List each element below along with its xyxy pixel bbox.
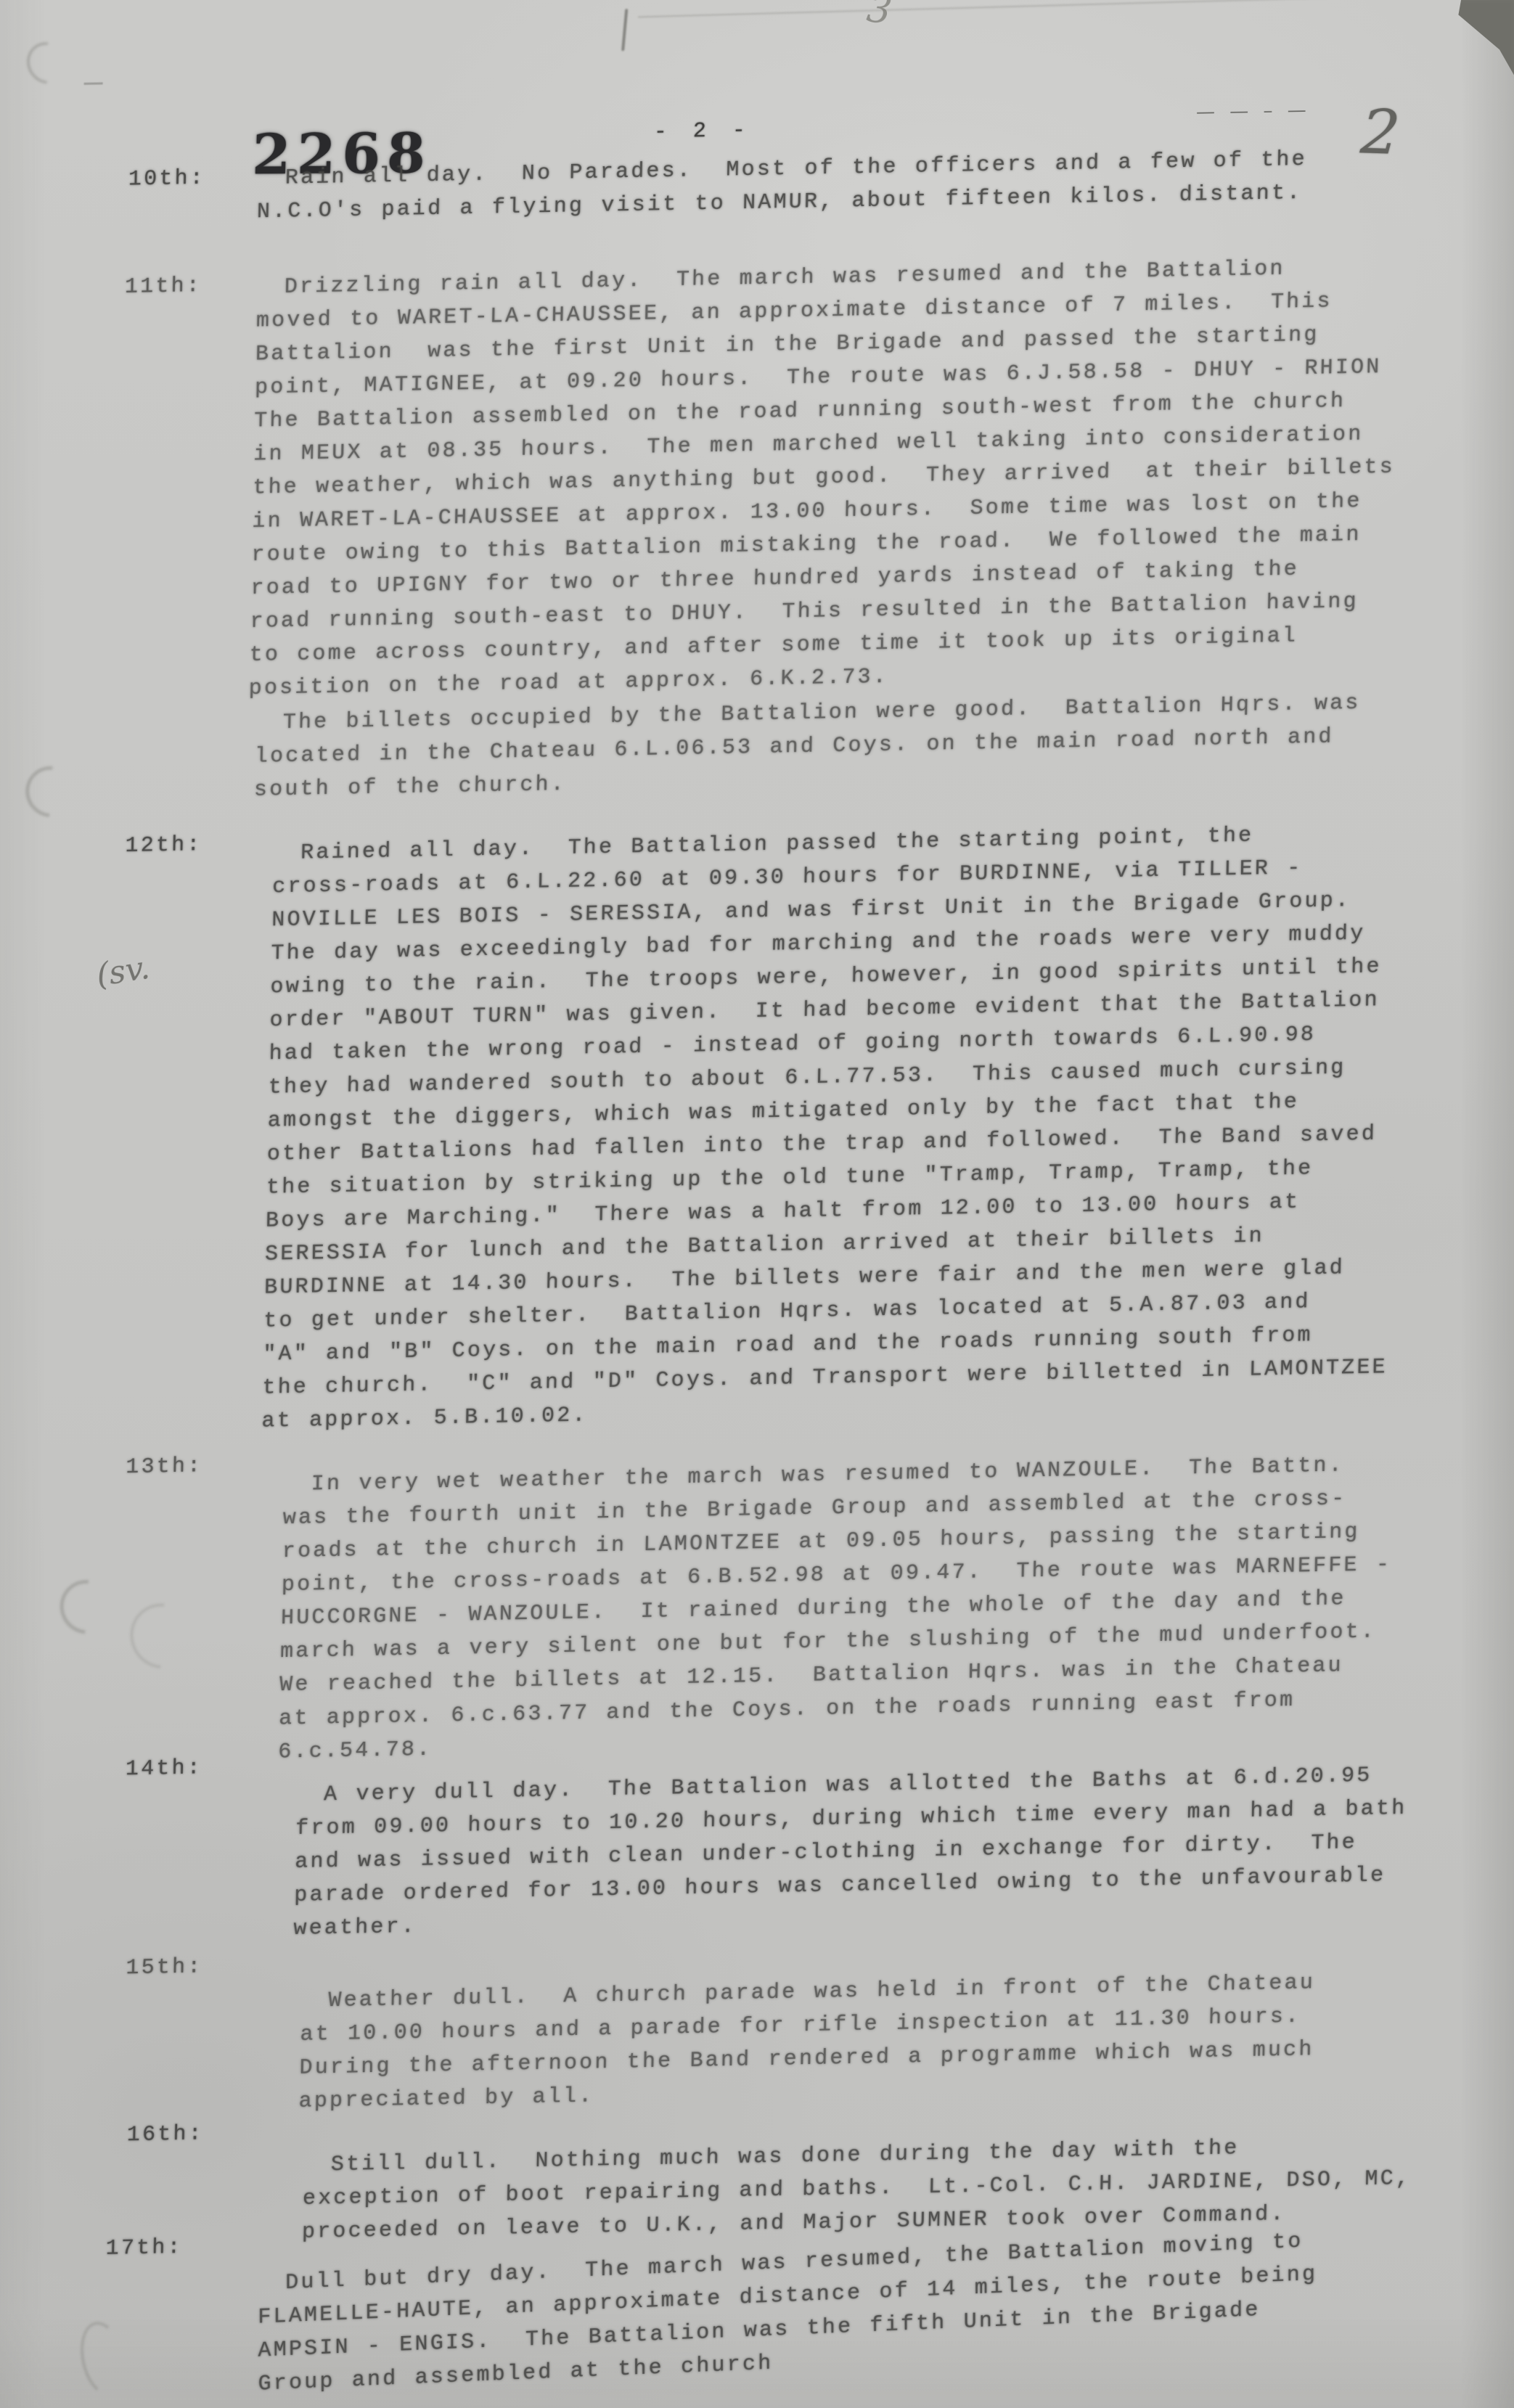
margin-note: (sv.: [94, 949, 152, 994]
page-content: 2268 - 2 - 3 2 — — – — (sv. 10th: Rain a…: [0, 0, 1514, 2408]
diary-entry: 10th: Rain all day. No Parades. Most of …: [0, 139, 1510, 167]
punch-hole-shadow: [74, 2317, 132, 2401]
punch-hole-shadow: [117, 1590, 208, 1682]
crease-line: [638, 0, 1327, 17]
pencil-tick: [84, 82, 103, 84]
entry-text: The billets occupied by the Battalion we…: [253, 685, 1445, 807]
entry-text: Drizzling rain all day. The march was re…: [248, 250, 1447, 705]
pencil-dashes: — — – —: [1196, 99, 1311, 123]
entry-date: 13th:: [126, 1454, 203, 1480]
diary-entry: 14th: A very dull day. The Battalion was…: [0, 1757, 1478, 1785]
diary-entry: 13th: In very wet weather the march was …: [0, 1446, 1484, 1474]
diary-entry: 15th: Weather dull. A church parade was …: [0, 1963, 1474, 1991]
diary-entry: 12th: Rained all day. The Battalion pass…: [0, 814, 1497, 842]
entry-date: 11th:: [125, 274, 202, 300]
diary-entry: 16th: Still dull. Nothing much was done …: [0, 2127, 1470, 2155]
entry-text: In very wet weather the march was resume…: [278, 1446, 1474, 1769]
entry-date: 10th:: [128, 166, 206, 192]
entry-date: 14th:: [126, 1756, 203, 1782]
entry-text: Rained all day. The Battalion passed the…: [261, 815, 1463, 1438]
entry-date: 16th:: [126, 2121, 204, 2147]
typed-page-number: - 2 -: [654, 118, 749, 144]
entry-text: Rain all day. No Parades. Most of the of…: [256, 140, 1448, 229]
punch-hole-shadow: [18, 33, 76, 92]
pencil-stroke: [621, 9, 628, 51]
entry-text: Weather dull. A church parade was held i…: [298, 1963, 1491, 2118]
document-page: 2268 - 2 - 3 2 — — – — (sv. 10th: Rain a…: [0, 0, 1514, 2408]
punch-hole-shadow: [49, 1569, 125, 1645]
entry-date: 17th:: [105, 2235, 183, 2261]
diary-entry: 11th: Drizzling rain all day. The march …: [0, 248, 1508, 276]
handwritten-corner-mark: 3: [864, 0, 895, 33]
entry-date: 15th:: [126, 1954, 203, 1981]
entry-text: A very dull day. The Battalion was allot…: [293, 1757, 1486, 1946]
punch-hole-shadow: [15, 755, 86, 827]
entry-date: 12th:: [125, 832, 202, 859]
